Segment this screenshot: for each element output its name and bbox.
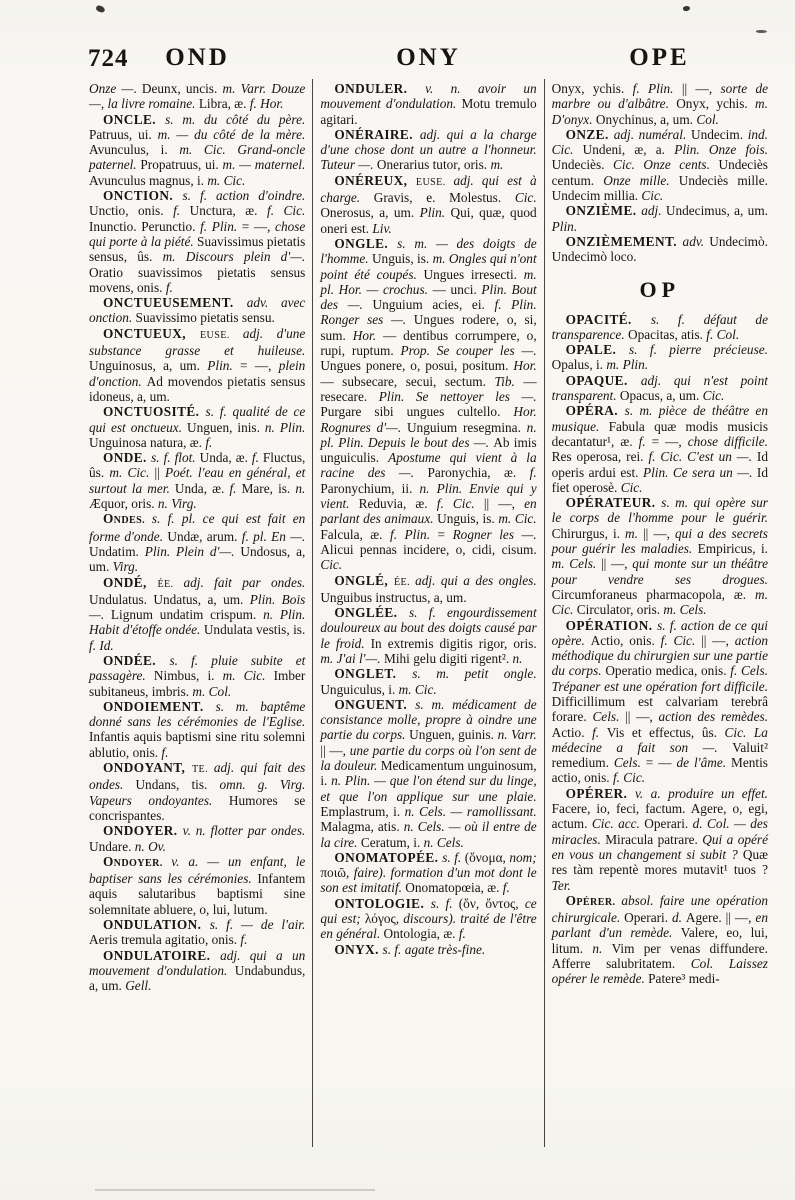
entry-onomatopée: ONOMATOPÉE. s. f. (ὄνομα, nom; ποιῶ, fai… xyxy=(320,850,536,896)
text-run: Unguis, is. xyxy=(372,251,433,266)
text-run: m. — du côté de la mère. xyxy=(158,127,306,142)
text-columns: Onze —. Deunx, uncis. m. Varr. Douze —, … xyxy=(82,79,775,1147)
headword: OPAQUE. xyxy=(566,373,641,388)
headword: ONCTUOSITÉ. xyxy=(103,404,206,419)
headword: ONGLET. xyxy=(334,666,412,681)
text-run: Undeni, æ, a. xyxy=(583,142,675,157)
text-run: Undecim. xyxy=(691,127,748,142)
text-run: — subsecare, secui, sectum. xyxy=(320,374,494,389)
section-heading-op: OP xyxy=(552,277,768,303)
headword: OPALE. xyxy=(566,342,629,357)
text-run: f. Cic. xyxy=(267,203,305,218)
text-run: Onychinus, a, um. xyxy=(596,112,696,127)
text-run: f. xyxy=(252,450,263,465)
text-run: Miracula patrare. xyxy=(605,832,702,847)
header-cell-3: OPE xyxy=(544,44,775,72)
text-run: Undans, tis. xyxy=(135,777,219,792)
text-run: s. f. agate très-fine. xyxy=(383,942,486,957)
text-run: Unguibus instructus, a, um. xyxy=(320,590,466,605)
text-run: Aeris tremula agitatio, onis. xyxy=(89,932,240,947)
text-run: Undatim. xyxy=(89,544,145,559)
text-run: f. Col. xyxy=(706,327,739,342)
entry-continuation-onyxychis: Onyx, ychis. f. Plin. || —, sorte de mar… xyxy=(552,81,768,127)
text-run: || —, xyxy=(643,526,675,541)
text-run: Suavissimo pietatis sensu. xyxy=(136,310,275,325)
headword: ONOMATOPÉE. xyxy=(334,850,442,865)
entry-ondulation: ONDULATION. s. f. — de l'air. Aeris trem… xyxy=(89,917,305,948)
entry-opaque: OPAQUE. adj. qui n'est point transparent… xyxy=(552,373,768,404)
text-run: Chirurgus, i. xyxy=(552,526,625,541)
text-run: Empiricus, i. xyxy=(698,541,768,556)
text-run: Inunctio. Perunctio. xyxy=(89,219,200,234)
text-run: Ungues irresecti. xyxy=(424,267,524,282)
text-run: m. Cic. xyxy=(223,668,274,683)
text-run: Propatruus, ui. xyxy=(140,157,222,172)
entry-onguent: ONGUENT. s. m. médicament de consistance… xyxy=(320,697,536,850)
text-column-ope: Onyx, ychis. f. Plin. || —, sorte de mar… xyxy=(544,79,775,1147)
text-run: adv. xyxy=(683,234,710,249)
headword: OPÉRATION. xyxy=(566,618,657,633)
scanned-dictionary-page: 724 OND ONY OPE Onze —. Deunx, uncis. m.… xyxy=(0,0,795,1200)
text-run: Tib. xyxy=(494,374,523,389)
text-run: = xyxy=(438,527,453,542)
text-run: Opalus, i. xyxy=(552,357,607,372)
text-run: Oratio suavissimos pietatis sensus moven… xyxy=(89,265,305,295)
text-run: Undulata vestis, is. xyxy=(204,622,306,637)
text-run: Unguium acies, ei. xyxy=(373,297,495,312)
header-cell-2: ONY xyxy=(313,44,544,72)
entry-continuation-onze: Onze —. Deunx, uncis. m. Varr. Douze —, … xyxy=(89,81,305,112)
text-run: Ontologia, æ. xyxy=(383,926,458,941)
text-run: f. xyxy=(205,435,212,450)
text-run: Cic. xyxy=(621,480,643,495)
headword: ONDÉ, xyxy=(103,575,157,590)
entry-opération: OPÉRATION. s. f. action de ce qui opère.… xyxy=(552,618,768,786)
text-run: f. Plin. xyxy=(200,219,242,234)
text-run: f. Cic. xyxy=(613,770,645,785)
text-run: Alicui pennas incidere, o, cidi, cisum. xyxy=(320,542,536,557)
text-run: Undare. xyxy=(89,839,135,854)
entry-ondoyer: ONDOYER. v. n. flotter par ondes. Undare… xyxy=(89,823,305,854)
text-run: f. xyxy=(503,880,510,895)
scan-artifact xyxy=(95,1189,375,1191)
text-run: || —, xyxy=(701,633,735,648)
text-run: f. Cic. xyxy=(437,496,484,511)
text-run: m. Cic. xyxy=(109,465,154,480)
text-run: || —, xyxy=(601,556,632,571)
text-run: s. f. xyxy=(442,850,464,865)
text-run: || —, xyxy=(682,81,721,96)
text-run: = —, xyxy=(242,219,275,234)
text-run: Gravis, e. Molestus. xyxy=(374,190,515,205)
text-run: m. Cels. xyxy=(663,602,706,617)
text-run: f. pl. En —. xyxy=(242,529,306,544)
text-run: m. — maternel. xyxy=(222,157,305,172)
text-run: Circumforaneus pharmacopola, æ. xyxy=(552,587,755,602)
entry-onctueusement: ONCTUEUSEMENT. adv. avec onction. Suavis… xyxy=(89,295,305,326)
entry-ondoiement: ONDOIEMENT. s. m. baptême donné sans les… xyxy=(89,699,305,760)
text-run: f. xyxy=(639,434,652,449)
text-run: te. xyxy=(192,764,214,775)
text-run: Cic. Onze cents. xyxy=(613,157,718,172)
text-run: ée. xyxy=(157,579,183,590)
headword: OPÉRER. xyxy=(566,786,635,801)
text-run: Ceratum, i. xyxy=(361,835,424,850)
text-run: v. n. flotter par ondes. xyxy=(183,823,306,838)
entry-ondulatoire: ONDULATOIRE. adj. qui a un mouvement d'o… xyxy=(89,948,305,994)
text-run: f. xyxy=(161,745,168,760)
text-run: Cic. xyxy=(515,190,537,205)
text-run: de l'âme. xyxy=(677,755,732,770)
text-run: Cic. xyxy=(320,557,342,572)
entry-ondes: Ondes. s. f. pl. ce qui est fait en form… xyxy=(89,511,305,574)
text-run: f. xyxy=(240,932,247,947)
text-run: f. Hor. xyxy=(250,96,284,111)
text-run: = —, xyxy=(240,358,279,373)
text-run: Undæ, arum. xyxy=(167,529,241,544)
subentry-headword: Ondes. xyxy=(103,511,152,526)
text-run: action des remèdes. xyxy=(658,709,768,724)
entry-onze: ONZE. adj. numéral. Undecim. ind. Cic. U… xyxy=(552,127,768,203)
headword: ONÉREUX, xyxy=(334,173,416,188)
text-run: Undeciès. xyxy=(552,157,613,172)
headword: ONCTION. xyxy=(103,188,182,203)
entry-onglet: ONGLET. s. m. petit ongle. Unguiculus, i… xyxy=(320,666,536,697)
text-run: Hor. xyxy=(513,358,536,373)
text-run: Unctio, onis. xyxy=(89,203,173,218)
text-run: Infantis aquis baptismi sine ritu solemn… xyxy=(89,729,305,759)
entry-ondé: ONDÉ, ée. adj. fait par ondes. Undulatus… xyxy=(89,575,305,653)
headword: ONDULATOIRE. xyxy=(103,948,220,963)
text-run: Actio, onis. xyxy=(591,633,661,648)
text-run: f. xyxy=(592,725,607,740)
headword: ONÉRAIRE. xyxy=(334,127,420,142)
column-title-ope: OPE xyxy=(629,44,689,71)
text-run: Plin. Ce sera un —. xyxy=(643,465,757,480)
text-run: Reduvia, æ. xyxy=(359,496,437,511)
headword: ONZE. xyxy=(566,127,614,142)
text-run: s. f. action d'oindre. xyxy=(182,188,305,203)
text-run: nom; xyxy=(509,850,536,865)
text-run: Unguen, guinis. xyxy=(409,727,497,742)
entry-onction: ONCTION. s. f. action d'oindre. Unctio, … xyxy=(89,188,305,295)
text-run: chose difficile. xyxy=(688,434,768,449)
text-run: Cic. xyxy=(641,188,663,203)
entry-opacité: OPACITÉ. s. f. défaut de transparence. O… xyxy=(552,312,768,343)
text-run: Mihi gelu digiti rigent². xyxy=(384,651,512,666)
text-run: Res operosa, rei. xyxy=(552,449,649,464)
text-run: Unda, æ. xyxy=(200,450,252,465)
subentry-headword: Ondoyer. xyxy=(103,854,171,869)
text-run: m. Cic. xyxy=(399,682,437,697)
text-run: λόγος, xyxy=(365,911,403,926)
text-run: = — xyxy=(646,755,677,770)
text-run: Unguen, inis. xyxy=(187,420,265,435)
text-run: Purgare sibi ungues cultello. xyxy=(320,404,513,419)
scan-artifact xyxy=(682,5,690,12)
headword: ONZIÈME. xyxy=(566,203,642,218)
text-run: Opacitas, atis. xyxy=(628,327,706,342)
text-run: m. xyxy=(490,157,503,172)
entry-onduler: ONDULER. v. n. avoir un mouvement d'ondu… xyxy=(320,81,536,127)
text-run: m. Discours plein d'—. xyxy=(163,249,306,264)
text-run: Onerosus, a, um. xyxy=(320,205,419,220)
text-run: Unguinosa natura, æ. xyxy=(89,435,205,450)
entry-opérer: OPÉRER. v. a. produire un effet. Facere,… xyxy=(552,786,768,893)
headword: ONGLÉ, xyxy=(334,573,394,588)
text-run: Cels. xyxy=(614,755,646,770)
text-run: n. Varr. xyxy=(498,727,537,742)
text-run: Vis et effectus, ûs. xyxy=(607,725,725,740)
text-run: m. Plin. xyxy=(606,357,648,372)
header-cell-1: 724 OND xyxy=(82,44,313,72)
page-number: 724 xyxy=(88,45,129,73)
text-run: Cic. xyxy=(703,388,725,403)
entry-onglé: ONGLÉ, ée. adj. qui a des ongles. Unguib… xyxy=(320,573,536,606)
text-run: Liv. xyxy=(372,221,391,236)
text-run: m. xyxy=(625,526,643,541)
entry-ongle: ONGLE. s. m. — des doigts de l'homme. Un… xyxy=(320,236,536,573)
headword: ONCTUEUX, xyxy=(103,326,200,341)
text-run: f. Plin. xyxy=(633,81,682,96)
text-run: Ungues ponere, o, posui, positum. xyxy=(320,358,513,373)
entry-onglée: ONGLÉE. s. f. engourdissement douloureux… xyxy=(320,605,536,666)
text-run: f. xyxy=(229,481,241,496)
text-run: Undecimus, a, um. xyxy=(666,203,768,218)
text-run: Unguium resegmina. xyxy=(407,420,527,435)
headword: ONDULATION. xyxy=(103,917,210,932)
text-run: Libra, æ. xyxy=(199,96,250,111)
text-run: Unguinosus, a, um. xyxy=(89,358,207,373)
headword: ONDÉE. xyxy=(103,653,170,668)
entry-ontologie: ONTOLOGIE. s. f. (ὄν, ὄντος, ce qui est;… xyxy=(320,896,536,942)
text-run: Cels. xyxy=(592,709,625,724)
entry-opéra: OPÉRA. s. m. pièce de théâtre en musique… xyxy=(552,403,768,495)
text-run: Plin. xyxy=(420,205,451,220)
text-run: n. Ov. xyxy=(135,839,166,854)
entry-ondoyer: Ondoyer. v. a. — un enfant, le baptiser … xyxy=(89,854,305,917)
headword: ONDE. xyxy=(103,450,151,465)
text-run: Nimbus, i. xyxy=(154,668,223,683)
entry-ondoyant: ONDOYANT, te. adj. qui fait des ondes. U… xyxy=(89,760,305,823)
text-run: f. xyxy=(166,280,173,295)
entry-onctuosité: ONCTUOSITÉ. s. f. qualité de ce qui est … xyxy=(89,404,305,450)
text-run: m. Cic. xyxy=(498,511,536,526)
headword: OPACITÉ. xyxy=(566,312,651,327)
text-run: Rogner les —. xyxy=(453,527,537,542)
headword: ONZIÈMEMENT. xyxy=(566,234,683,249)
text-column-ond: Onze —. Deunx, uncis. m. Varr. Douze —, … xyxy=(82,79,312,1147)
headword: ONGLE. xyxy=(334,236,397,251)
text-run: Lignum undatim crispum. xyxy=(111,607,263,622)
entry-oncle: ONCLE. s. m. du côté du père. Patruus, u… xyxy=(89,112,305,188)
text-run: f. xyxy=(173,203,190,218)
text-run: f. xyxy=(459,926,466,941)
text-run: Cic. acc. xyxy=(592,816,644,831)
text-run: = —, xyxy=(652,434,688,449)
entry-onzième: ONZIÈME. adj. Undecimus, a, um. Plin. xyxy=(552,203,768,234)
text-run: Gell. xyxy=(125,978,151,993)
text-run: Patere³ medi- xyxy=(648,971,720,986)
text-column-ony: ONDULER. v. n. avoir un mouvement d'ondu… xyxy=(312,79,543,1147)
text-run: . Deunx, uncis. xyxy=(133,81,222,96)
text-run: ée. xyxy=(394,577,415,588)
text-run: Ter. xyxy=(552,878,571,893)
text-run: adj. fait par ondes. xyxy=(183,575,305,590)
text-run: Virg. xyxy=(113,559,138,574)
entry-opérer: Opérer. absol. faire une opération chiru… xyxy=(552,893,768,987)
text-run: n. Plin. — que l'on étend sur du linge, … xyxy=(320,773,536,803)
entry-onctueux: ONCTUEUX, euse. adj. d'une substance gra… xyxy=(89,326,305,404)
text-run: Undulatus. Undatus, a, um. xyxy=(89,592,250,607)
text-run: Plin. Onze fois. xyxy=(674,142,768,157)
text-run: Emplastrum, i. xyxy=(320,804,404,819)
text-run: m. J'ai l'—. xyxy=(320,651,384,666)
text-run: Patruus, ui. xyxy=(89,127,158,142)
text-run: || —, xyxy=(484,496,524,511)
text-run: s. f. — de l'air. xyxy=(210,917,306,932)
text-run: Actio. xyxy=(552,725,592,740)
text-run: Unctura, æ. xyxy=(190,203,267,218)
text-run: Col. xyxy=(696,112,719,127)
text-run: Onze mille. xyxy=(603,173,678,188)
text-run: f. Cic. C'est un —. xyxy=(648,449,756,464)
text-run: n. Virg. xyxy=(158,496,197,511)
text-run: Operari. xyxy=(644,816,692,831)
text-run: m. Col. xyxy=(192,684,231,699)
headword: OPÉRATEUR. xyxy=(566,495,662,510)
text-run: Malagma, atis. xyxy=(320,819,403,834)
entry-opale: OPALE. s. f. pierre précieuse. Opalus, i… xyxy=(552,342,768,373)
headword: ONCTUEUSEMENT. xyxy=(103,295,247,310)
text-run: n. Plin. xyxy=(265,420,305,435)
text-run: Unda, æ. xyxy=(175,481,230,496)
headword: ONYX. xyxy=(334,942,382,957)
text-run: Opacus, a, um. xyxy=(620,388,703,403)
entry-onde: ONDE. s. f. flot. Unda, æ. f. Fluctus, û… xyxy=(89,450,305,511)
entry-onzièmement: ONZIÈMEMENT. adv. Undecimò. Undecimò loc… xyxy=(552,234,768,265)
text-run: adj. xyxy=(641,203,666,218)
text-run: (ὄνομα, xyxy=(465,850,510,865)
text-run: Plin. Plein d'—. xyxy=(145,544,241,559)
entry-ondée: ONDÉE. s. f. pluie subite et passagère. … xyxy=(89,653,305,699)
text-run: Plin. xyxy=(207,358,240,373)
text-run: euse. xyxy=(416,177,454,188)
text-run: Unguiculus, i. xyxy=(320,682,398,697)
text-run: ποιῶ, xyxy=(320,865,353,880)
text-run: Prop. Se couper les —. xyxy=(400,343,536,358)
headword: ONCLE. xyxy=(103,112,165,127)
text-run: Onomatopœia, æ. xyxy=(405,880,503,895)
text-run: f. Cic. xyxy=(661,633,701,648)
text-run: d. xyxy=(672,910,686,925)
text-run: Plin. Se nettoyer les —. xyxy=(379,389,537,404)
text-run: || —, xyxy=(625,709,658,724)
text-run: Circulator, oris. xyxy=(577,602,664,617)
headword: OPÉRA. xyxy=(566,403,625,418)
text-run: Mare, is. xyxy=(242,481,296,496)
entry-onéreux: ONÉREUX, euse. adj. qui est à charge. Gr… xyxy=(320,173,536,236)
text-run: s. f. flot. xyxy=(151,450,199,465)
text-run: Plin. xyxy=(552,219,577,234)
text-run: || —, xyxy=(320,743,349,758)
text-run: Paronychia, æ. xyxy=(427,465,529,480)
text-run: m. Cic. xyxy=(207,173,245,188)
entry-onéraire: ONÉRAIRE. adj. qui a la charge d'une cho… xyxy=(320,127,536,173)
text-run: Avunculus, i. xyxy=(89,142,179,157)
text-run: Onerarius tutor, oris. xyxy=(377,157,491,172)
text-run: Onze — xyxy=(89,81,133,96)
headword: ONDOYANT, xyxy=(103,760,192,775)
headword: ONDOYER. xyxy=(103,823,183,838)
text-run: adj. numéral. xyxy=(614,127,691,142)
text-run: s. m. petit ongle. xyxy=(412,666,536,681)
text-run: n. xyxy=(592,941,611,956)
text-run: Hor. xyxy=(353,328,383,343)
subentry-headword: Opérer. xyxy=(566,893,622,908)
text-run: Unguis, is. xyxy=(437,511,498,526)
text-run: euse. xyxy=(200,330,243,341)
text-run: (ὄν, ὄντος, xyxy=(459,896,525,911)
column-title-ony: ONY xyxy=(396,44,461,71)
entry-onyx: ONYX. s. f. agate très-fine. xyxy=(320,942,536,957)
page-header: 724 OND ONY OPE xyxy=(82,44,775,72)
text-run: In extremis digitis rigor, oris. xyxy=(371,636,537,651)
text-run: s. m. du côté du père. xyxy=(165,112,305,127)
text-run: s. f. xyxy=(431,896,459,911)
text-run: Agere. || —, xyxy=(686,910,756,925)
text-run: Paronychium, ii. xyxy=(320,481,419,496)
text-run: n. Cels. — ramollissant. xyxy=(405,804,537,819)
text-run: s. f. pierre précieuse. xyxy=(629,342,768,357)
headword: ONGUENT. xyxy=(334,697,415,712)
headword: ONDULER. xyxy=(334,81,425,96)
scan-artifact xyxy=(95,5,106,14)
text-run: n. xyxy=(512,651,522,666)
text-run: f. xyxy=(530,465,537,480)
text-run: adj. qui a des ongles. xyxy=(415,573,537,588)
text-run: Operari. xyxy=(624,910,672,925)
scan-artifact xyxy=(756,30,767,33)
column-title-ond: OND xyxy=(165,44,230,71)
text-run: f. Plin. xyxy=(390,527,438,542)
text-run: — unci. xyxy=(433,282,482,297)
text-run: v. a. produire un effet. xyxy=(635,786,768,801)
text-run: Æquor, oris. xyxy=(89,496,158,511)
text-run: f. Id. xyxy=(89,638,114,653)
entry-opérateur: OPÉRATEUR. s. m. qui opère sur le corps … xyxy=(552,495,768,617)
text-run: Falcula, æ. xyxy=(320,527,390,542)
headword: ONGLÉE. xyxy=(334,605,409,620)
text-run: n. xyxy=(295,481,305,496)
headword: ONDOIEMENT. xyxy=(103,699,216,714)
text-run: m. Cels. xyxy=(552,556,601,571)
text-run: n. Cels. xyxy=(424,835,464,850)
text-run: Operatio medica, onis. xyxy=(605,663,730,678)
text-run: Avunculus magnus, i. xyxy=(89,173,207,188)
text-run: || xyxy=(154,465,165,480)
headword: ONTOLOGIE. xyxy=(334,896,430,911)
text-run: Onyx, ychis. xyxy=(676,96,755,111)
text-run: Onyx, ychis. xyxy=(552,81,633,96)
